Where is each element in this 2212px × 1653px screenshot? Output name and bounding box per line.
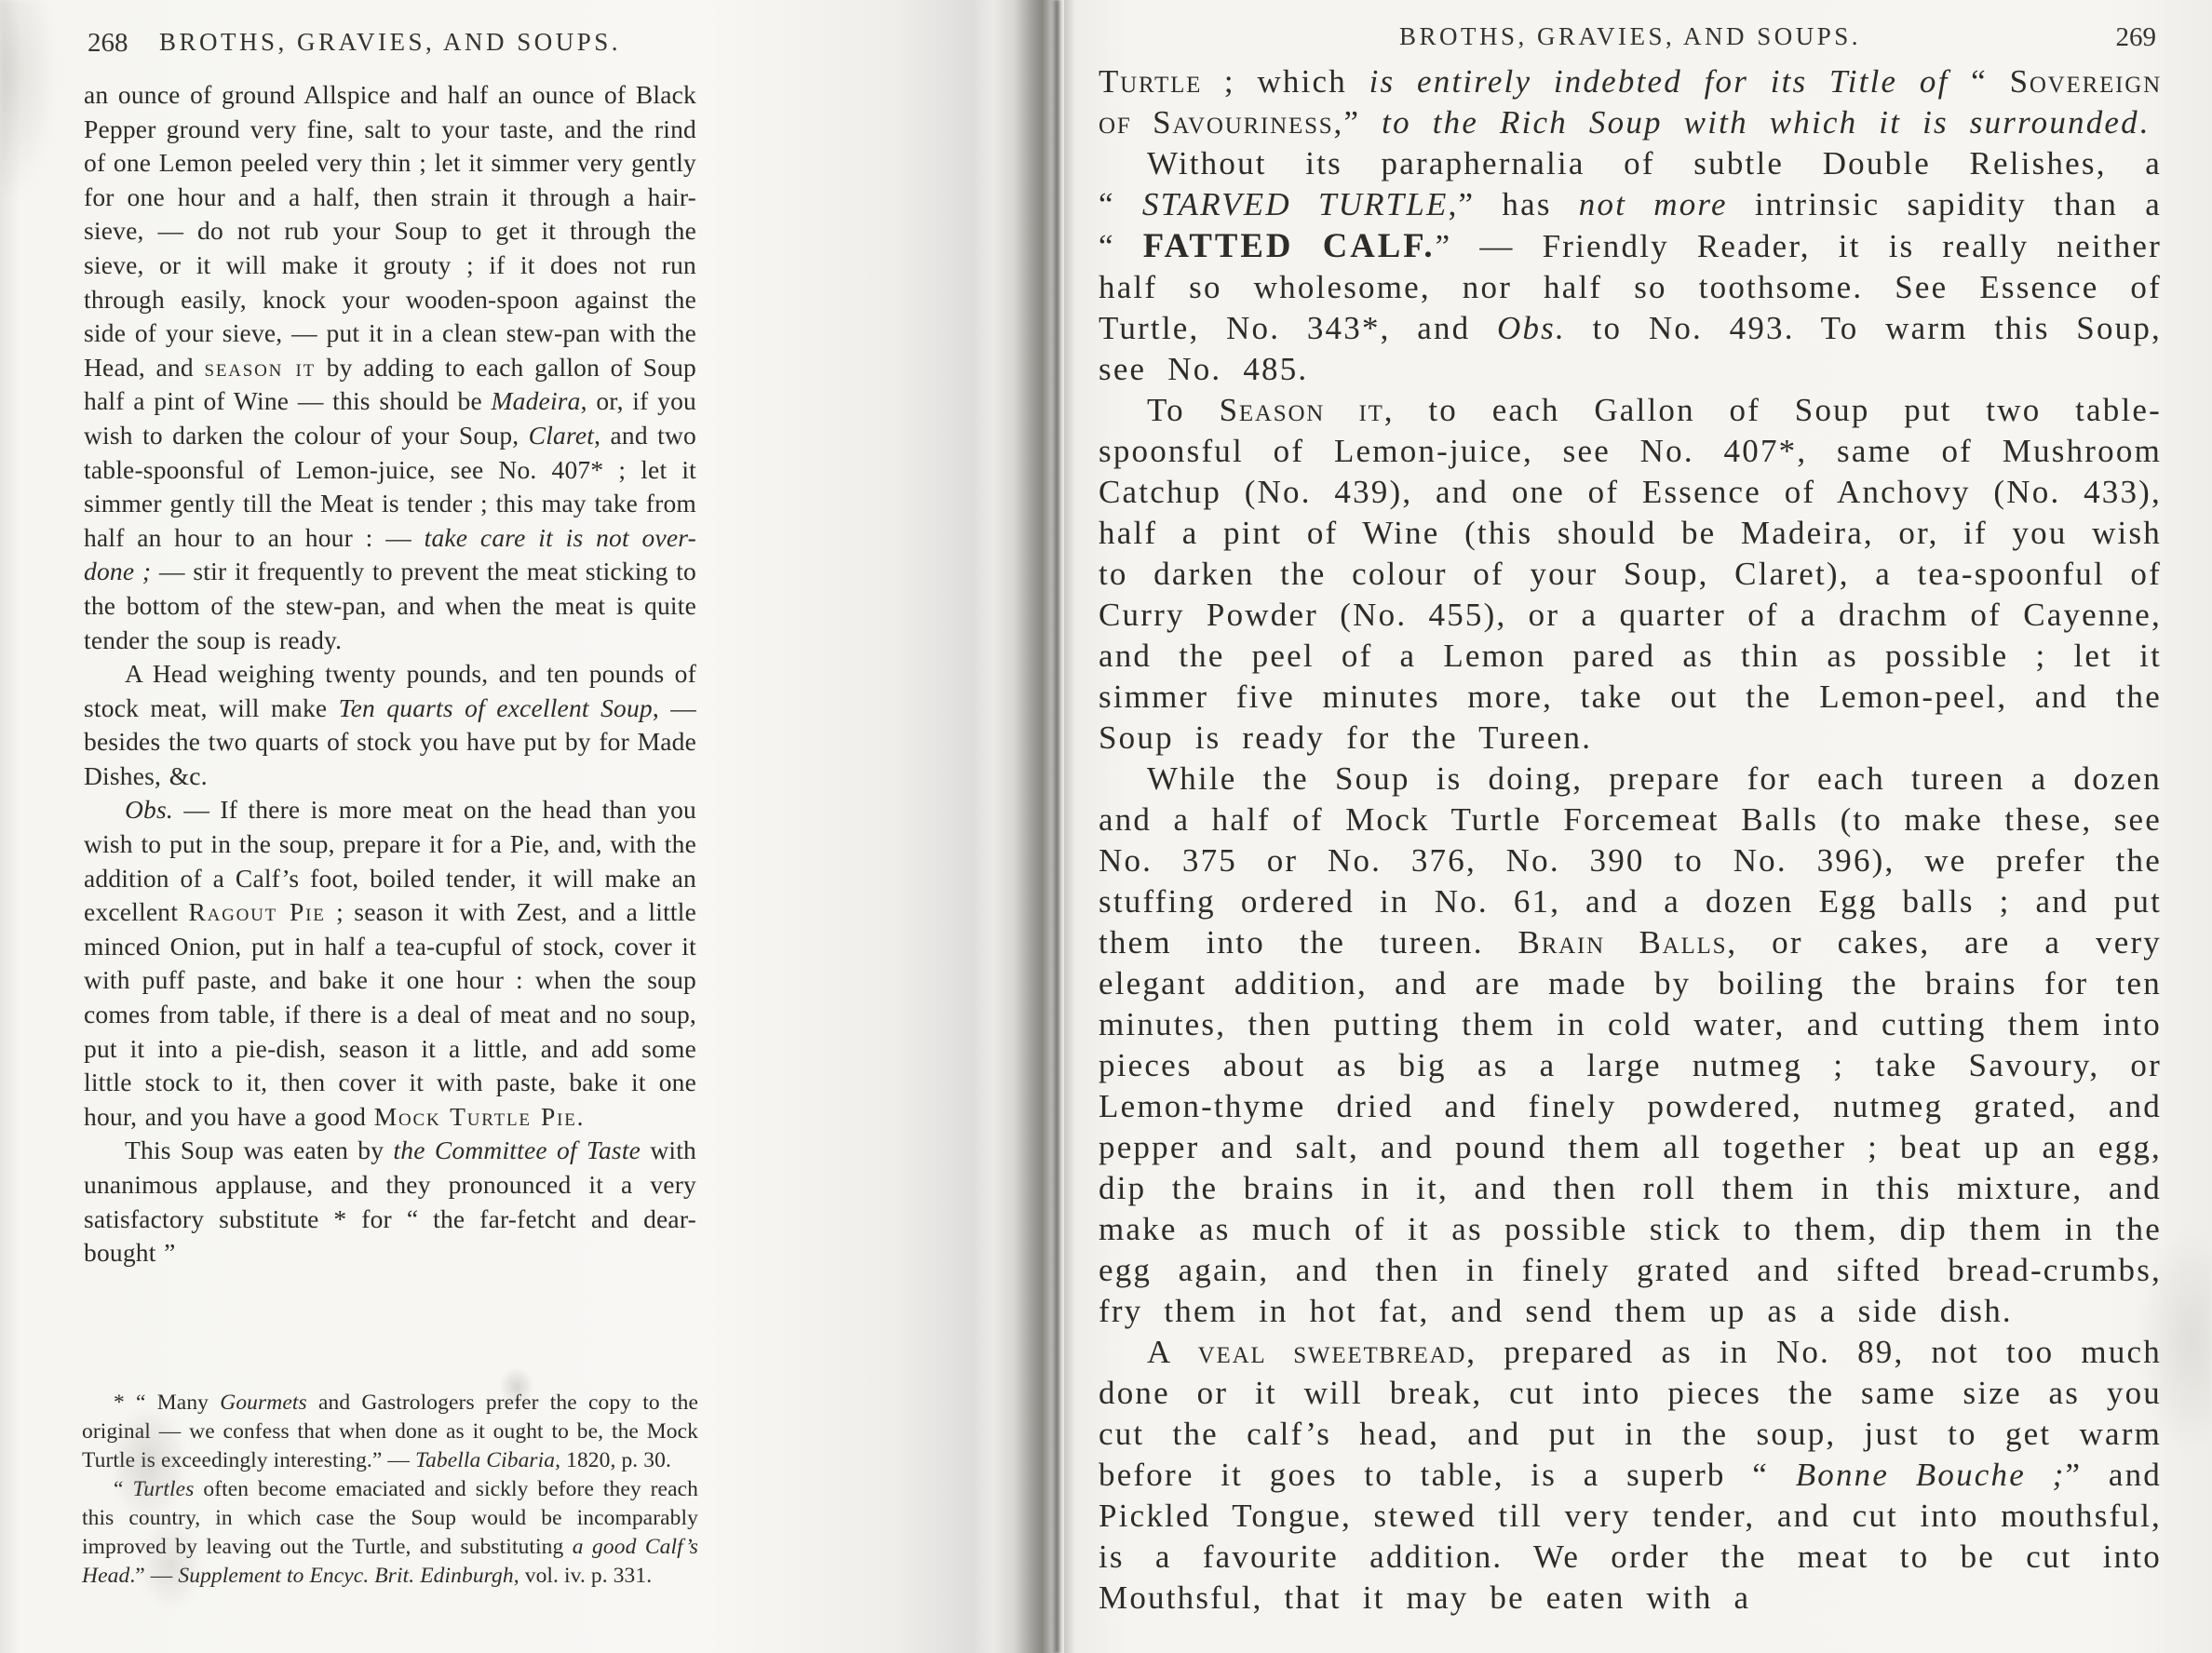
left-page: 268 BROTHS, GRAVIES, AND SOUPS. an ounce… xyxy=(0,0,973,1653)
footnote: * “ Many Gourmets and Gastrologers prefe… xyxy=(82,1389,698,1475)
paragraph: Turtle ; which is entirely indebted for … xyxy=(1099,61,2162,143)
book-spread-scan: 268 BROTHS, GRAVIES, AND SOUPS. an ounce… xyxy=(0,0,2212,1653)
paragraph: While the Soup is doing, prepare for eac… xyxy=(1099,759,2162,1332)
footnote: “ Turtles often become emaciated and sic… xyxy=(82,1475,698,1591)
left-page-header: 268 BROTHS, GRAVIES, AND SOUPS. xyxy=(84,28,696,57)
left-page-footnotes: * “ Many Gourmets and Gastrologers prefe… xyxy=(82,1389,698,1591)
fold-shadow xyxy=(1052,0,1061,1653)
right-running-header: BROTHS, GRAVIES, AND SOUPS. xyxy=(1099,22,2162,51)
paragraph: Obs. — If there is more meat on the head… xyxy=(84,793,696,1134)
paragraph: A Head weighing twenty pounds, and ten p… xyxy=(84,657,696,793)
paragraph: Without its paraphernalia of subtle Doub… xyxy=(1099,143,2162,390)
paragraph: This Soup was eaten by the Committee of … xyxy=(84,1134,696,1270)
left-running-header: BROTHS, GRAVIES, AND SOUPS. xyxy=(84,28,696,57)
page-gutter-fold xyxy=(973,0,1064,1653)
left-page-number: 268 xyxy=(88,28,128,59)
right-page-body: Turtle ; which is entirely indebted for … xyxy=(1099,61,2162,1619)
paragraph: To Season it, to each Gallon of Soup put… xyxy=(1099,390,2162,759)
right-page: BROTHS, GRAVIES, AND SOUPS. 269 Turtle ;… xyxy=(1064,0,2212,1653)
paragraph: an ounce of ground Allspice and half an … xyxy=(84,78,696,657)
paragraph: A veal sweetbread, prepared as in No. 89… xyxy=(1099,1332,2162,1619)
scan-artifact xyxy=(0,0,84,242)
right-page-number: 269 xyxy=(2116,22,2157,53)
right-page-header: BROTHS, GRAVIES, AND SOUPS. 269 xyxy=(1099,22,2162,51)
left-page-body: an ounce of ground Allspice and half an … xyxy=(84,78,696,1270)
